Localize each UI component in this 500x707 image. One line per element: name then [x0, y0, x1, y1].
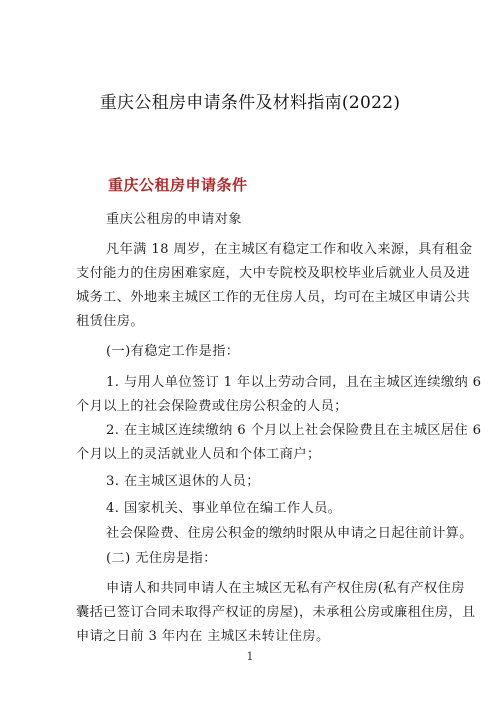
paragraph-line: 申请之日前 3 年内在 主城区未转让住房。 [76, 625, 330, 644]
paragraph-line: 重庆公租房的申请对象 [106, 208, 242, 227]
paragraph-line: 社会保险费、住房公积金的缴纳时限从申请之日起往前计算。 [106, 522, 473, 541]
paragraph-line: 囊括已签订合同未取得产权证的房屋)，未承租公房或廉租住房，且 [76, 601, 476, 620]
paragraph-line: 3. 在主城区退休的人员； [106, 470, 260, 489]
paragraph-line: 凡年满 18 周岁，在主城区有稳定工作和收入来源，具有租金 [106, 238, 472, 257]
paragraph-line: 2. 在主城区连续缴纳 6 个月以上社会保险费且在主城区居住 6 [106, 419, 481, 438]
paragraph-line: 租赁住房。 [76, 310, 144, 329]
paragraph-line: 1. 与用人单位签订 1 年以上劳动合同，且在主城区连续缴纳 6 [106, 371, 481, 390]
paragraph-line: 申请人和共同申请人在主城区无私有产权住房(私有产权住房 [106, 577, 465, 596]
paragraph-line: (一)有稳定工作是指： [106, 340, 239, 359]
paragraph-line: 个月以上的灵活就业人员和个体工商户； [76, 443, 321, 462]
paragraph-line: 4. 国家机关、事业单位在编工作人员。 [106, 497, 341, 516]
paragraph-line: 支付能力的住房困难家庭，大中专院校及职校毕业后就业人员及进 [76, 262, 470, 281]
paragraph-line: (二) 无住房是指： [106, 547, 217, 566]
section-heading: 重庆公租房申请条件 [108, 174, 248, 195]
document-title: 重庆公租房申请条件及材料指南(2022) [0, 88, 500, 113]
paragraph-line: 个月以上的社会保险费或住房公积金的人员； [76, 395, 348, 414]
paragraph-line: 城务工、外地来主城区工作的无住房人员，均可在主城区申请公共 [76, 286, 470, 305]
page-number: 1 [0, 650, 500, 663]
document-page: 重庆公租房申请条件及材料指南(2022) 重庆公租房申请条件 重庆公租房的申请对… [0, 0, 500, 707]
